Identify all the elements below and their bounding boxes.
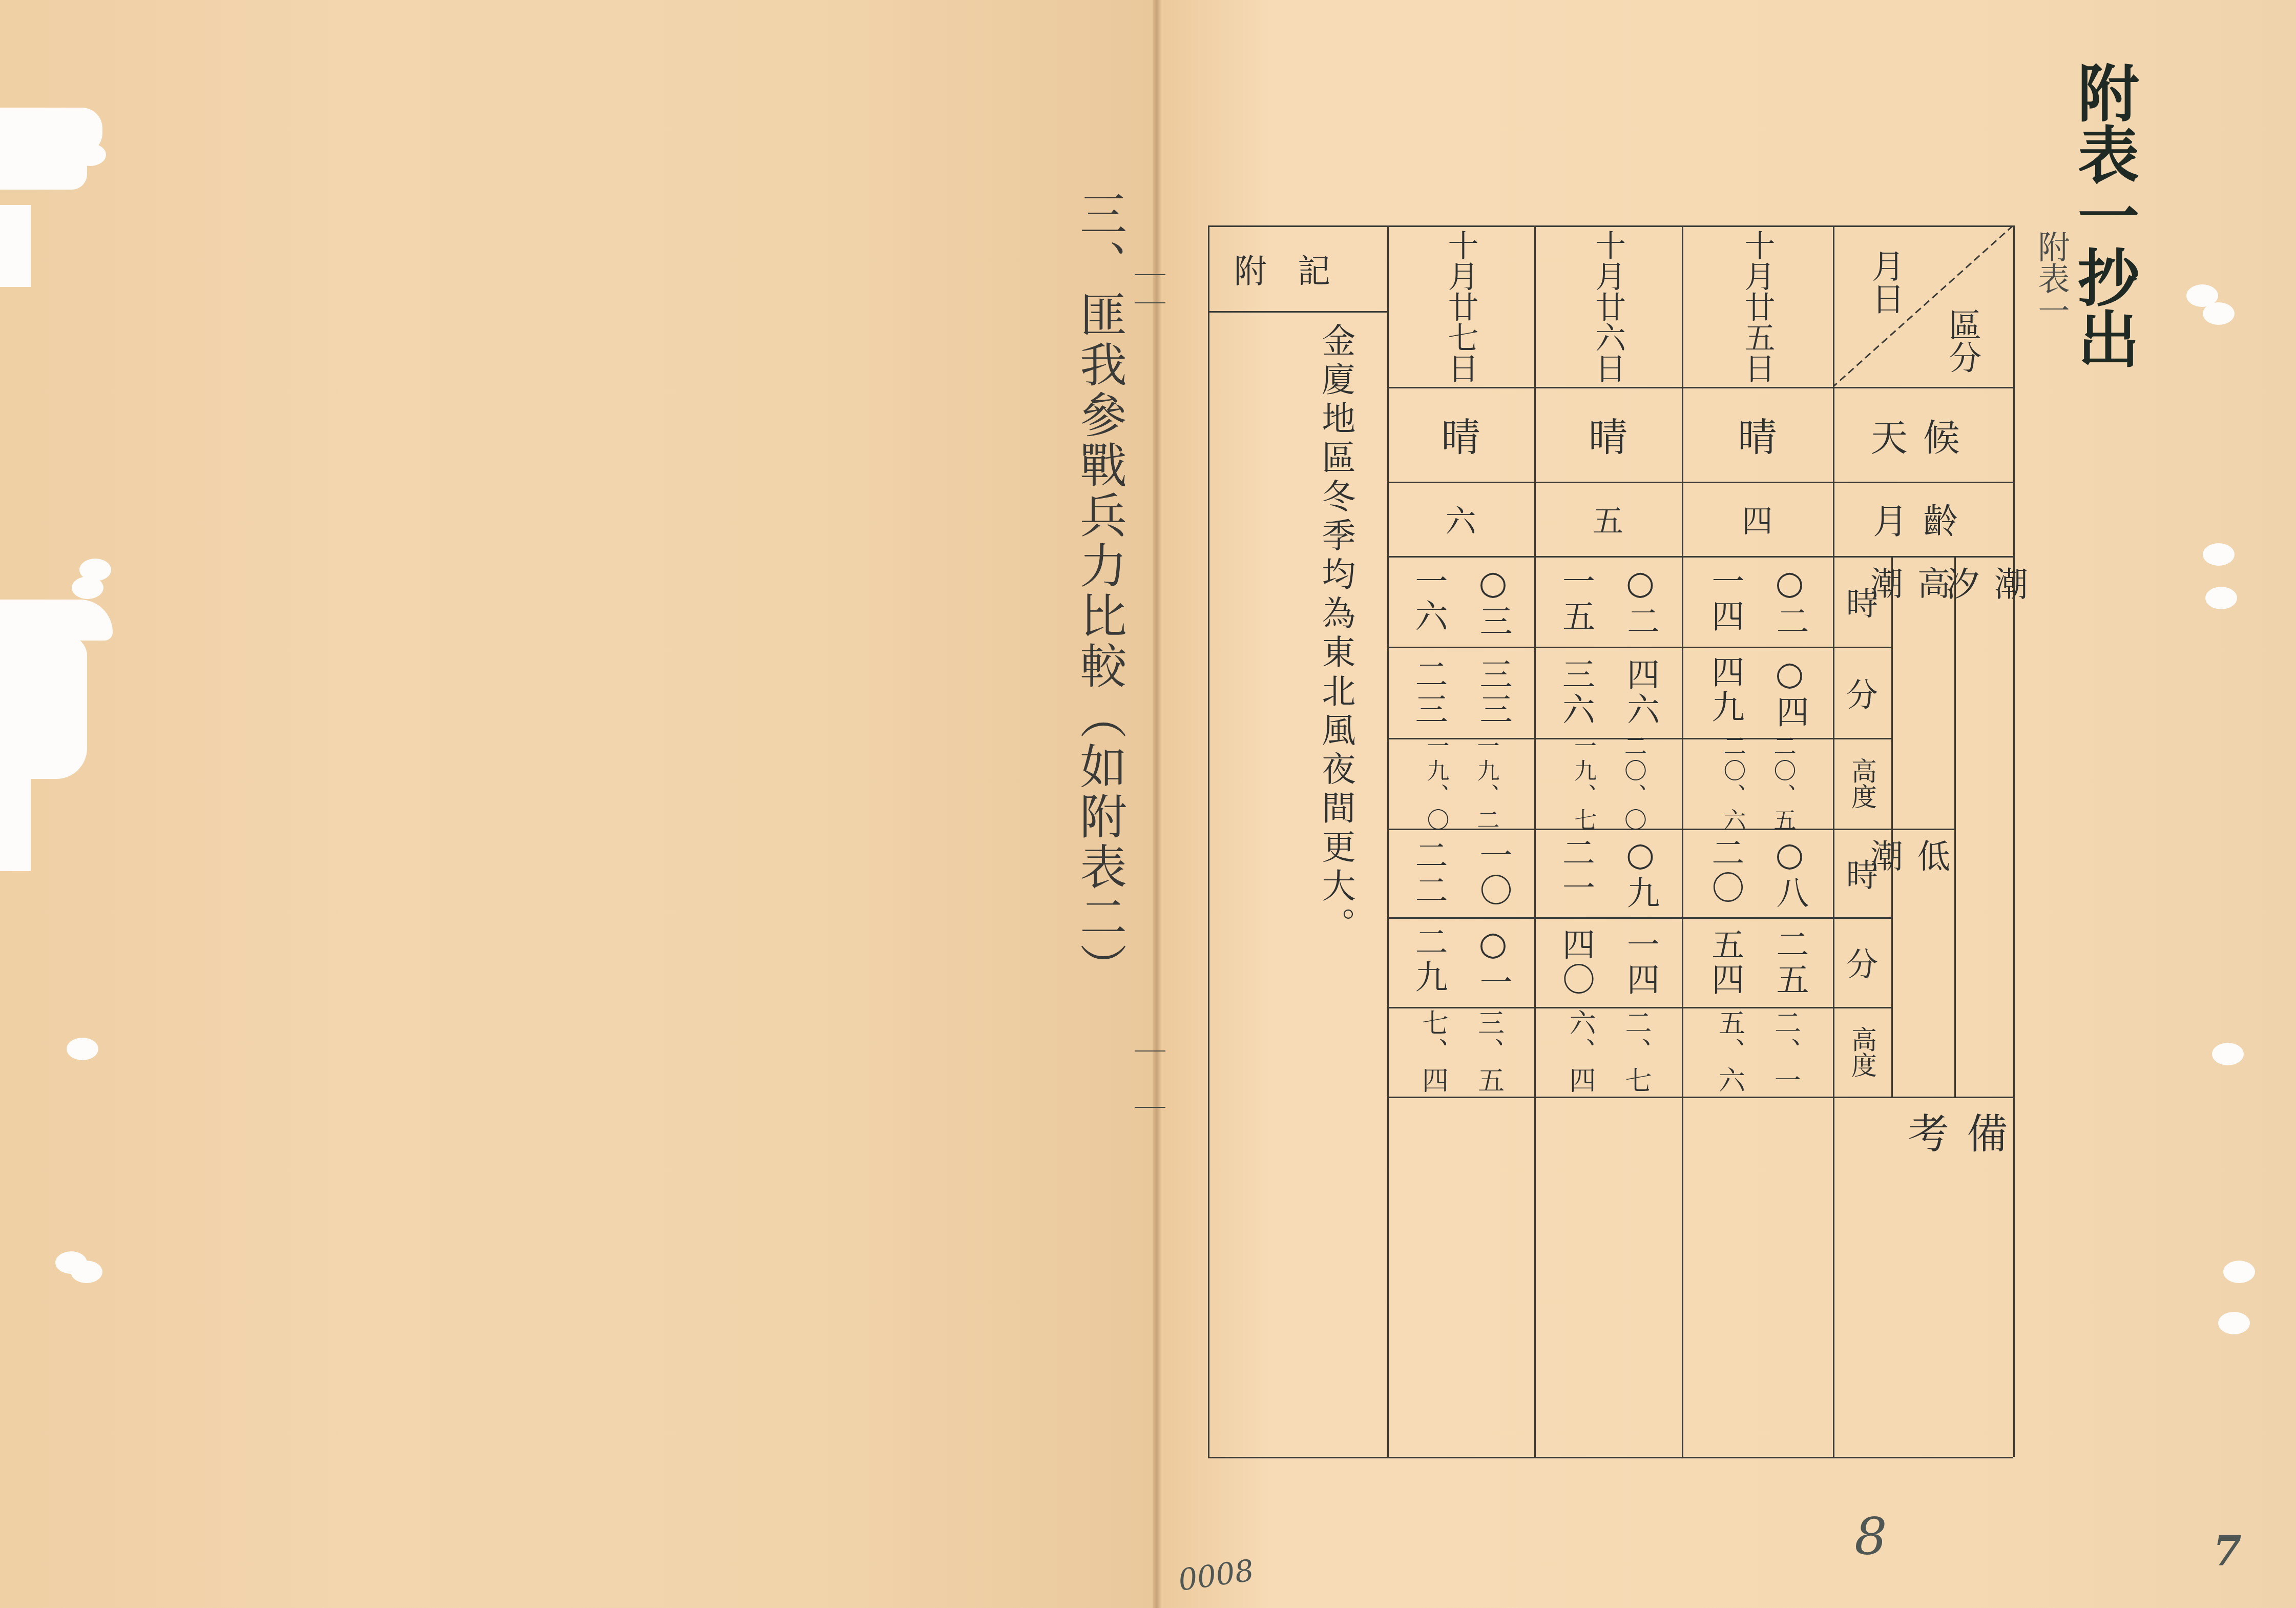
punch-hole (2203, 543, 2235, 566)
high-height-27: 一九、二一九、〇 (1387, 738, 1534, 829)
low-height-26: 二、七六、四 (1534, 1007, 1682, 1097)
high-hour-25: ○二一四 (1682, 556, 1833, 647)
row-label-notes: 備考 (1833, 1097, 2013, 1457)
low-hour-26: ○九二一 (1534, 829, 1682, 917)
date-header-26: 十月廿六日 (1534, 225, 1682, 387)
torn-edge (0, 769, 31, 871)
margin-tick (1135, 1050, 1165, 1052)
row-label-low-tide: 低潮 (1891, 829, 1954, 1097)
high-height-25: 二〇、五二〇、六 (1682, 738, 1833, 829)
high-hour-27: ○三一六 (1387, 556, 1534, 647)
book-spine (1153, 0, 1161, 1608)
low-hour-25: ○八二〇 (1682, 829, 1833, 917)
punch-hole (67, 1038, 98, 1060)
punch-hole (2218, 1312, 2250, 1334)
table-border (1208, 225, 1209, 1457)
row-label-moon-age: 月齡 (1833, 482, 2013, 556)
punch-hole (2205, 587, 2237, 609)
label-low-hour: 時 (1833, 829, 1891, 917)
row-label-tide: 潮汐 (1954, 556, 2013, 1097)
date-header-25: 十月廿五日 (1682, 225, 1833, 387)
low-minute-26: 一四四〇 (1534, 917, 1682, 1007)
label-high-hour: 時 (1833, 556, 1891, 647)
left-page (0, 0, 1157, 1608)
label-low-minute: 分 (1833, 917, 1891, 1007)
table-label: 附表一 (2029, 231, 2074, 326)
date-header-27: 十月廿七日 (1387, 225, 1534, 387)
row-label-high-tide: 高潮 (1891, 556, 1954, 829)
low-minute-27: ○一二九 (1387, 917, 1534, 1007)
label-low-height: 高度 (1833, 1007, 1891, 1097)
punch-hole (2203, 302, 2235, 325)
high-minute-27: 三三二三 (1387, 647, 1534, 738)
weather-27: 晴 (1387, 387, 1534, 482)
row-label-weather: 天候 (1833, 387, 2013, 482)
weather-26: 晴 (1534, 387, 1682, 482)
torn-edge (0, 635, 87, 779)
corner-label-category: 區分 (1916, 297, 2008, 384)
punch-hole (2212, 1043, 2244, 1065)
punch-hole (2223, 1261, 2255, 1283)
punch-hole (72, 576, 103, 599)
table-border (1208, 1457, 2013, 1458)
high-minute-26: 四六三六 (1534, 647, 1682, 738)
torn-edge (0, 600, 113, 641)
high-minute-25: ○四四九 (1682, 647, 1833, 738)
corner-page-number: 7 (2213, 1527, 2242, 1575)
punch-hole (71, 1261, 102, 1283)
remarks-header: 附記 (1208, 225, 1387, 311)
torn-edge (0, 133, 87, 190)
moon-age-25: 四 (1682, 482, 1833, 556)
margin-tick (1135, 1107, 1165, 1108)
remarks-text: 金廈地區冬季均為東北風夜間更大。 (1311, 323, 1360, 946)
corner-label-date: 月日 (1844, 241, 1926, 323)
punch-hole (74, 143, 106, 166)
torn-edge (0, 205, 31, 287)
low-minute-25: 二五五四 (1682, 917, 1833, 1007)
label-high-minute: 分 (1833, 647, 1891, 738)
high-height-26: 二〇、〇一九、七 (1534, 738, 1682, 829)
margin-tick (1135, 274, 1165, 275)
low-hour-27: 一〇二二 (1387, 829, 1534, 917)
moon-age-26: 五 (1534, 482, 1682, 556)
weather-25: 晴 (1682, 387, 1833, 482)
low-height-25: 二、一五、六 (1682, 1007, 1833, 1097)
margin-tick (1135, 302, 1165, 303)
high-hour-26: ○二一五 (1534, 556, 1682, 647)
section-heading: 三、匪我參戰兵力比較（如附表二） (1066, 190, 1133, 993)
page-number: 8 (1854, 1507, 1887, 1566)
label-high-height: 高度 (1833, 738, 1891, 829)
low-height-27: 三、五七、四 (1387, 1007, 1534, 1097)
moon-age-27: 六 (1387, 482, 1534, 556)
row-line (1208, 311, 1387, 313)
